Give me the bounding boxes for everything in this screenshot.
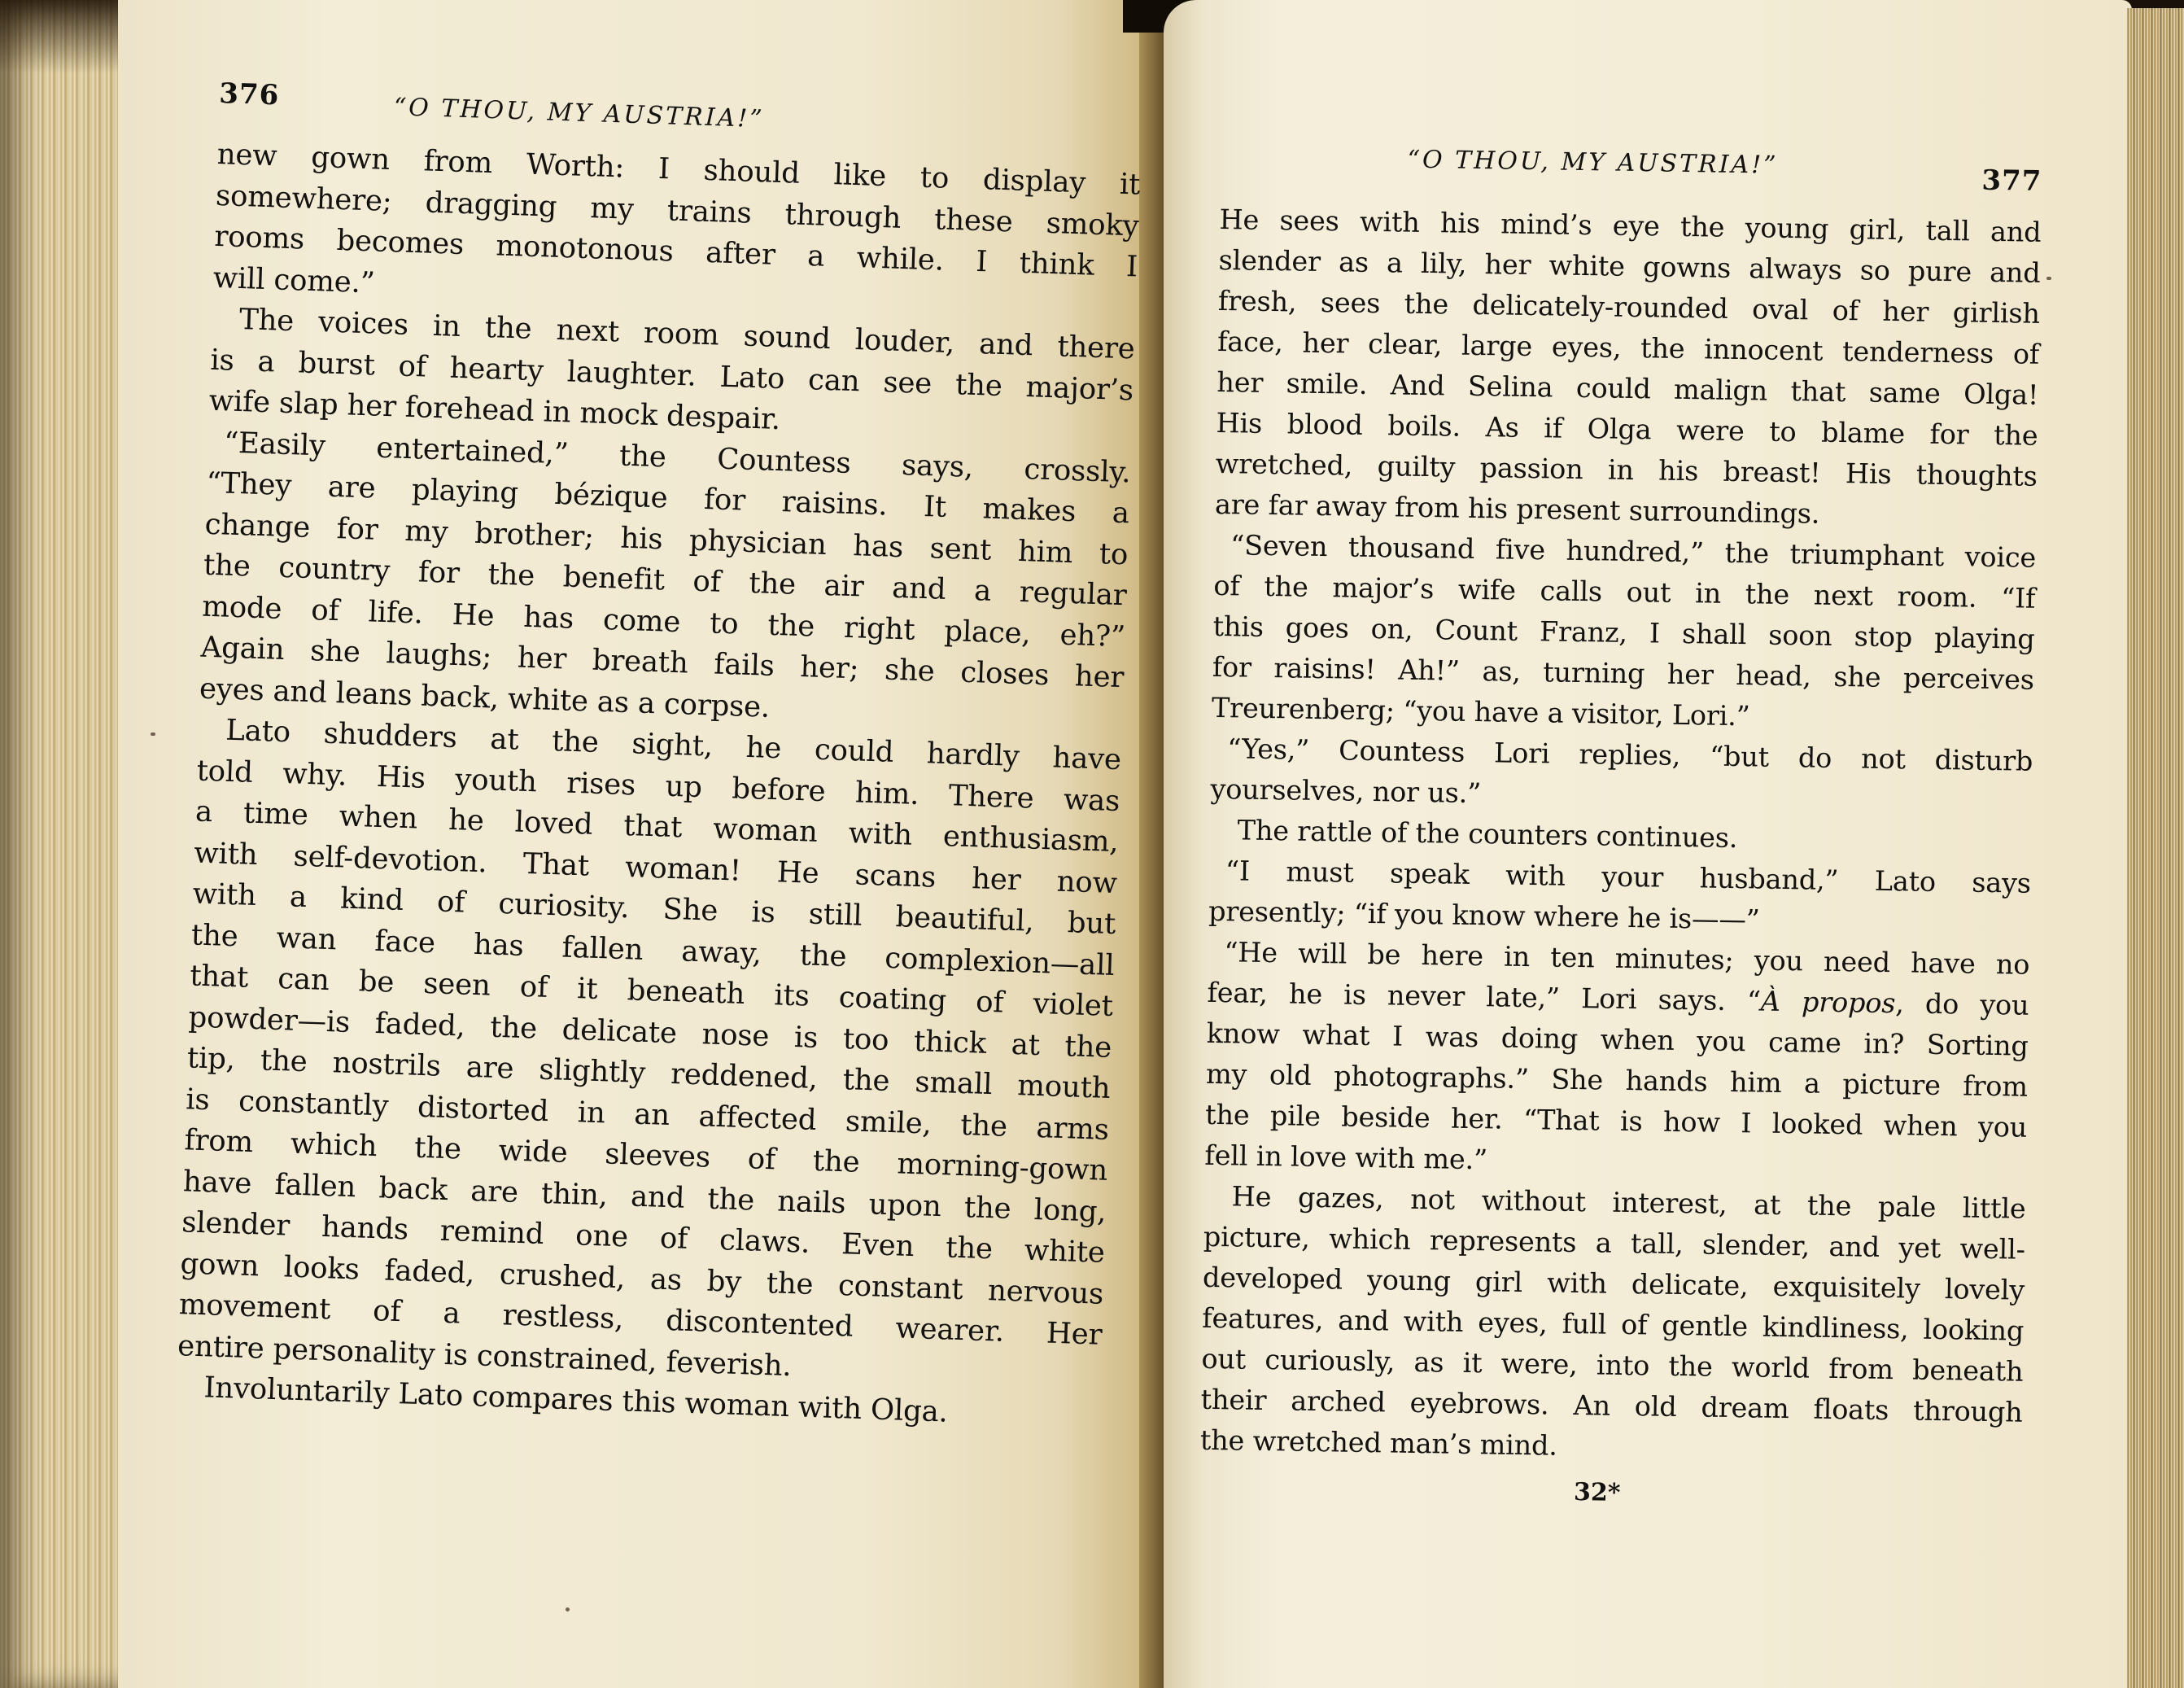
running-title-right: “O THOU, MY AUSTRIA!”	[1407, 146, 1778, 180]
left-page: 376 “O THOU, MY AUSTRIA!” new gown from …	[118, 0, 1184, 1688]
italic-phrase: À propos	[1761, 986, 1896, 1020]
text-segment: , do you	[1895, 987, 2029, 1021]
left-page-text: 376 “O THOU, MY AUSTRIA!” new gown from …	[176, 77, 1143, 1438]
right-page-text: “O THOU, MY AUSTRIA!” 377 He sees with h…	[1199, 142, 2042, 1523]
page-number-left: 376	[219, 77, 280, 112]
signature-mark: 32*	[1574, 1478, 1621, 1507]
text-segment: fear, he is never late,” Lori says. “	[1207, 977, 1761, 1017]
paper-speck	[2046, 277, 2051, 280]
book-spread: 376 “O THOU, MY AUSTRIA!” new gown from …	[0, 0, 2184, 1688]
running-title-left: “O THOU, MY AUSTRIA!”	[393, 93, 765, 133]
paper-speck	[151, 732, 155, 736]
page-number-right: 377	[1981, 164, 2042, 198]
left-page-stack-edge	[0, 0, 122, 1688]
right-page: “O THOU, MY AUSTRIA!” 377 He sees with h…	[1164, 0, 2132, 1688]
right-page-stack-edge	[2127, 8, 2184, 1688]
paper-speck	[566, 1607, 570, 1611]
